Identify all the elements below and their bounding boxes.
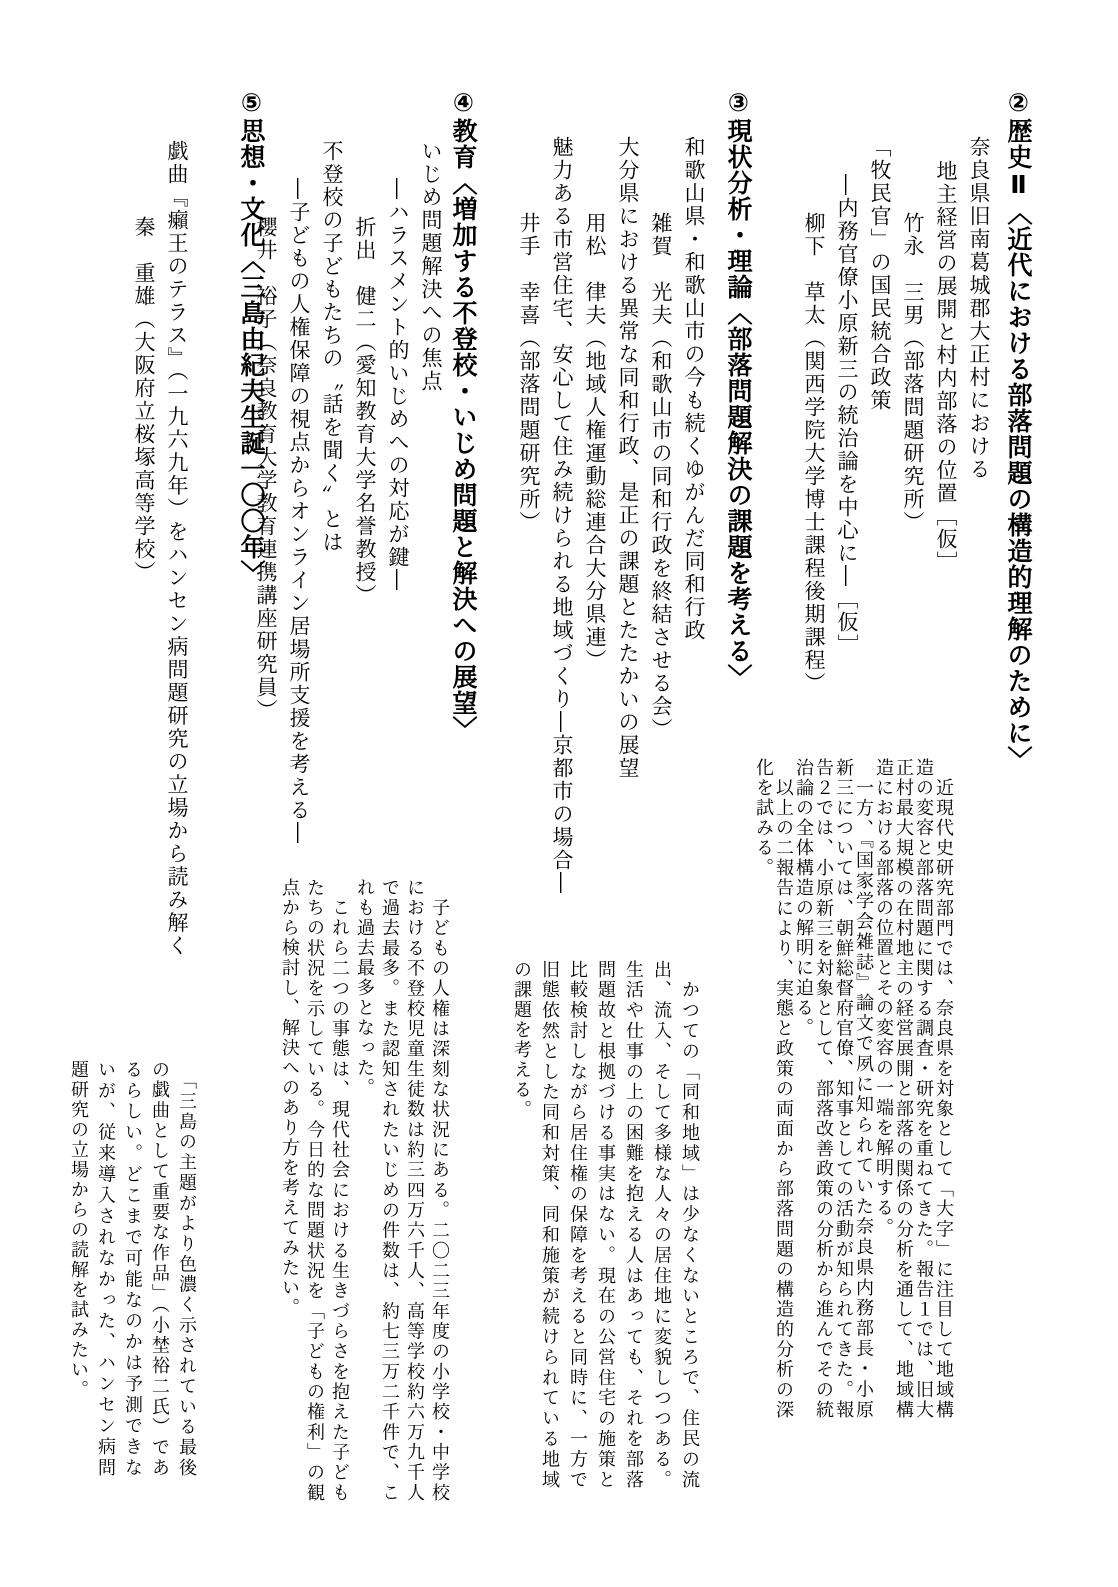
description-paragraph: これら二つの事態は、現代社会における生きづらさを抱えた子どもたちの状況を示してい… — [277, 878, 352, 1503]
description-paragraph: 「三島の主題がより色濃く示されている最後の戯曲として重要な作品」（小埜裕二氏）で… — [65, 1060, 200, 1478]
session-title: 和歌山県・和歌山市の今も続くゆがんだ同和行政 — [677, 136, 710, 951]
speaker-name: 折出 健二（愛知教育大学名誉教授） — [348, 140, 381, 878]
section-description: 近現代史研究部門では、奈良県を対象として「大字」に注目して地域構造の変容と部落問… — [753, 758, 953, 1420]
section-description: 「三島の主題がより色濃く示されている最後の戯曲として重要な作品」（小埜裕二氏）で… — [65, 1060, 200, 1478]
session-title: 不登校の子どもたちの〝話を聞く〟とは — [315, 140, 348, 878]
program-page: ②歴史Ⅱ〈近代における部落問題の構造的理解のために〉 奈良県旧南葛城郡大正村にお… — [0, 0, 1118, 1587]
section-heading: ⑤思想・文化〈三島由紀夫生誕一〇〇年〉 — [234, 88, 268, 688]
description-paragraph: 子どもの人権は深刻な状況にある。二〇二三年度の小学校・中学校における不登校児童生… — [352, 878, 452, 1503]
section-heading: ②歴史Ⅱ〈近代における部落問題の構造的理解のために〉 — [1001, 88, 1035, 778]
session-subtitle: ―内務官僚小原新三の統治論を中心に―［仮］ — [830, 136, 863, 766]
session-title: 奈良県旧南葛城郡大正村における — [962, 136, 995, 766]
section-sessions: 奈良県旧南葛城郡大正村における 地主経営の展開と村内部落の位置［仮］ 竹永 三男… — [797, 136, 995, 766]
description-paragraph: かつての「同和地域」は少なくないところで、住民の流出、流入、そして多様な人々の居… — [507, 960, 703, 1490]
speaker-name: 竹永 三男（部落問題研究所） — [896, 136, 929, 766]
session-title: 「牧民官」の国民統合政策 — [863, 136, 896, 766]
speaker-name: 井手 幸喜（部落問題研究所） — [512, 136, 545, 951]
session-title: 大分県における異常な同和行政、是正の課題とたたかいの展望 — [611, 136, 644, 951]
session-title: 戯曲『癩王のテラス』（一九六九年）をハンセン病問題研究の立場から読み解く — [160, 140, 193, 1000]
description-paragraph: 近現代史研究部門では、奈良県を対象として「大字」に注目して地域構造の変容と部落問… — [873, 758, 953, 1420]
speaker-name: 用松 律夫（地域人権運動総連合大分県連） — [578, 136, 611, 951]
description-paragraph: 以上の二報告により、実態と政策の両面から部落問題の構造的分析の深化を試みる。 — [753, 758, 793, 1420]
section-sessions: 和歌山県・和歌山市の今も続くゆがんだ同和行政 雑賀 光夫（和歌山市の同和行政を終… — [512, 136, 710, 951]
section-heading: ③現状分析・理論〈部落問題解決の課題を考える〉 — [721, 88, 755, 778]
section-description: 子どもの人権は深刻な状況にある。二〇二三年度の小学校・中学校における不登校児童生… — [277, 878, 452, 1503]
speaker-name: 秦 重雄（大阪府立桜塚高等学校） — [127, 140, 160, 1000]
description-paragraph: 一方、『国家学会雑誌』論文で夙に知られていた奈良県内務部長・小原新三については、… — [793, 758, 873, 1420]
session-title: いじめ問題解決への焦点 — [414, 140, 447, 878]
section-sessions: 戯曲『癩王のテラス』（一九六九年）をハンセン病問題研究の立場から読み解く 秦 重… — [127, 140, 193, 1000]
speaker-name: 柳下 草太（関西学院大学博士課程後期課程） — [797, 136, 830, 766]
section-sessions: いじめ問題解決への焦点 ―ハラスメント的いじめへの対応が鍵― 折出 健二（愛知教… — [249, 140, 447, 878]
section-heading: ④教育〈増加する不登校・いじめ問題と解決への展望〉 — [446, 88, 480, 798]
session-subtitle: ―ハラスメント的いじめへの対応が鍵― — [381, 140, 414, 878]
speaker-name: 雑賀 光夫（和歌山市の同和行政を終結させる会） — [644, 136, 677, 951]
session-subtitle: ―子どもの人権保障の視点からオンライン居場所支援を考える― — [282, 140, 315, 878]
session-title-cont: 地主経営の展開と村内部落の位置［仮］ — [929, 136, 962, 766]
section-description: かつての「同和地域」は少なくないところで、住民の流出、流入、そして多様な人々の居… — [507, 960, 703, 1490]
session-title: 魅力ある市営住宅、安心して住み続けられる地域づくり―京都市の場合― — [545, 136, 578, 951]
